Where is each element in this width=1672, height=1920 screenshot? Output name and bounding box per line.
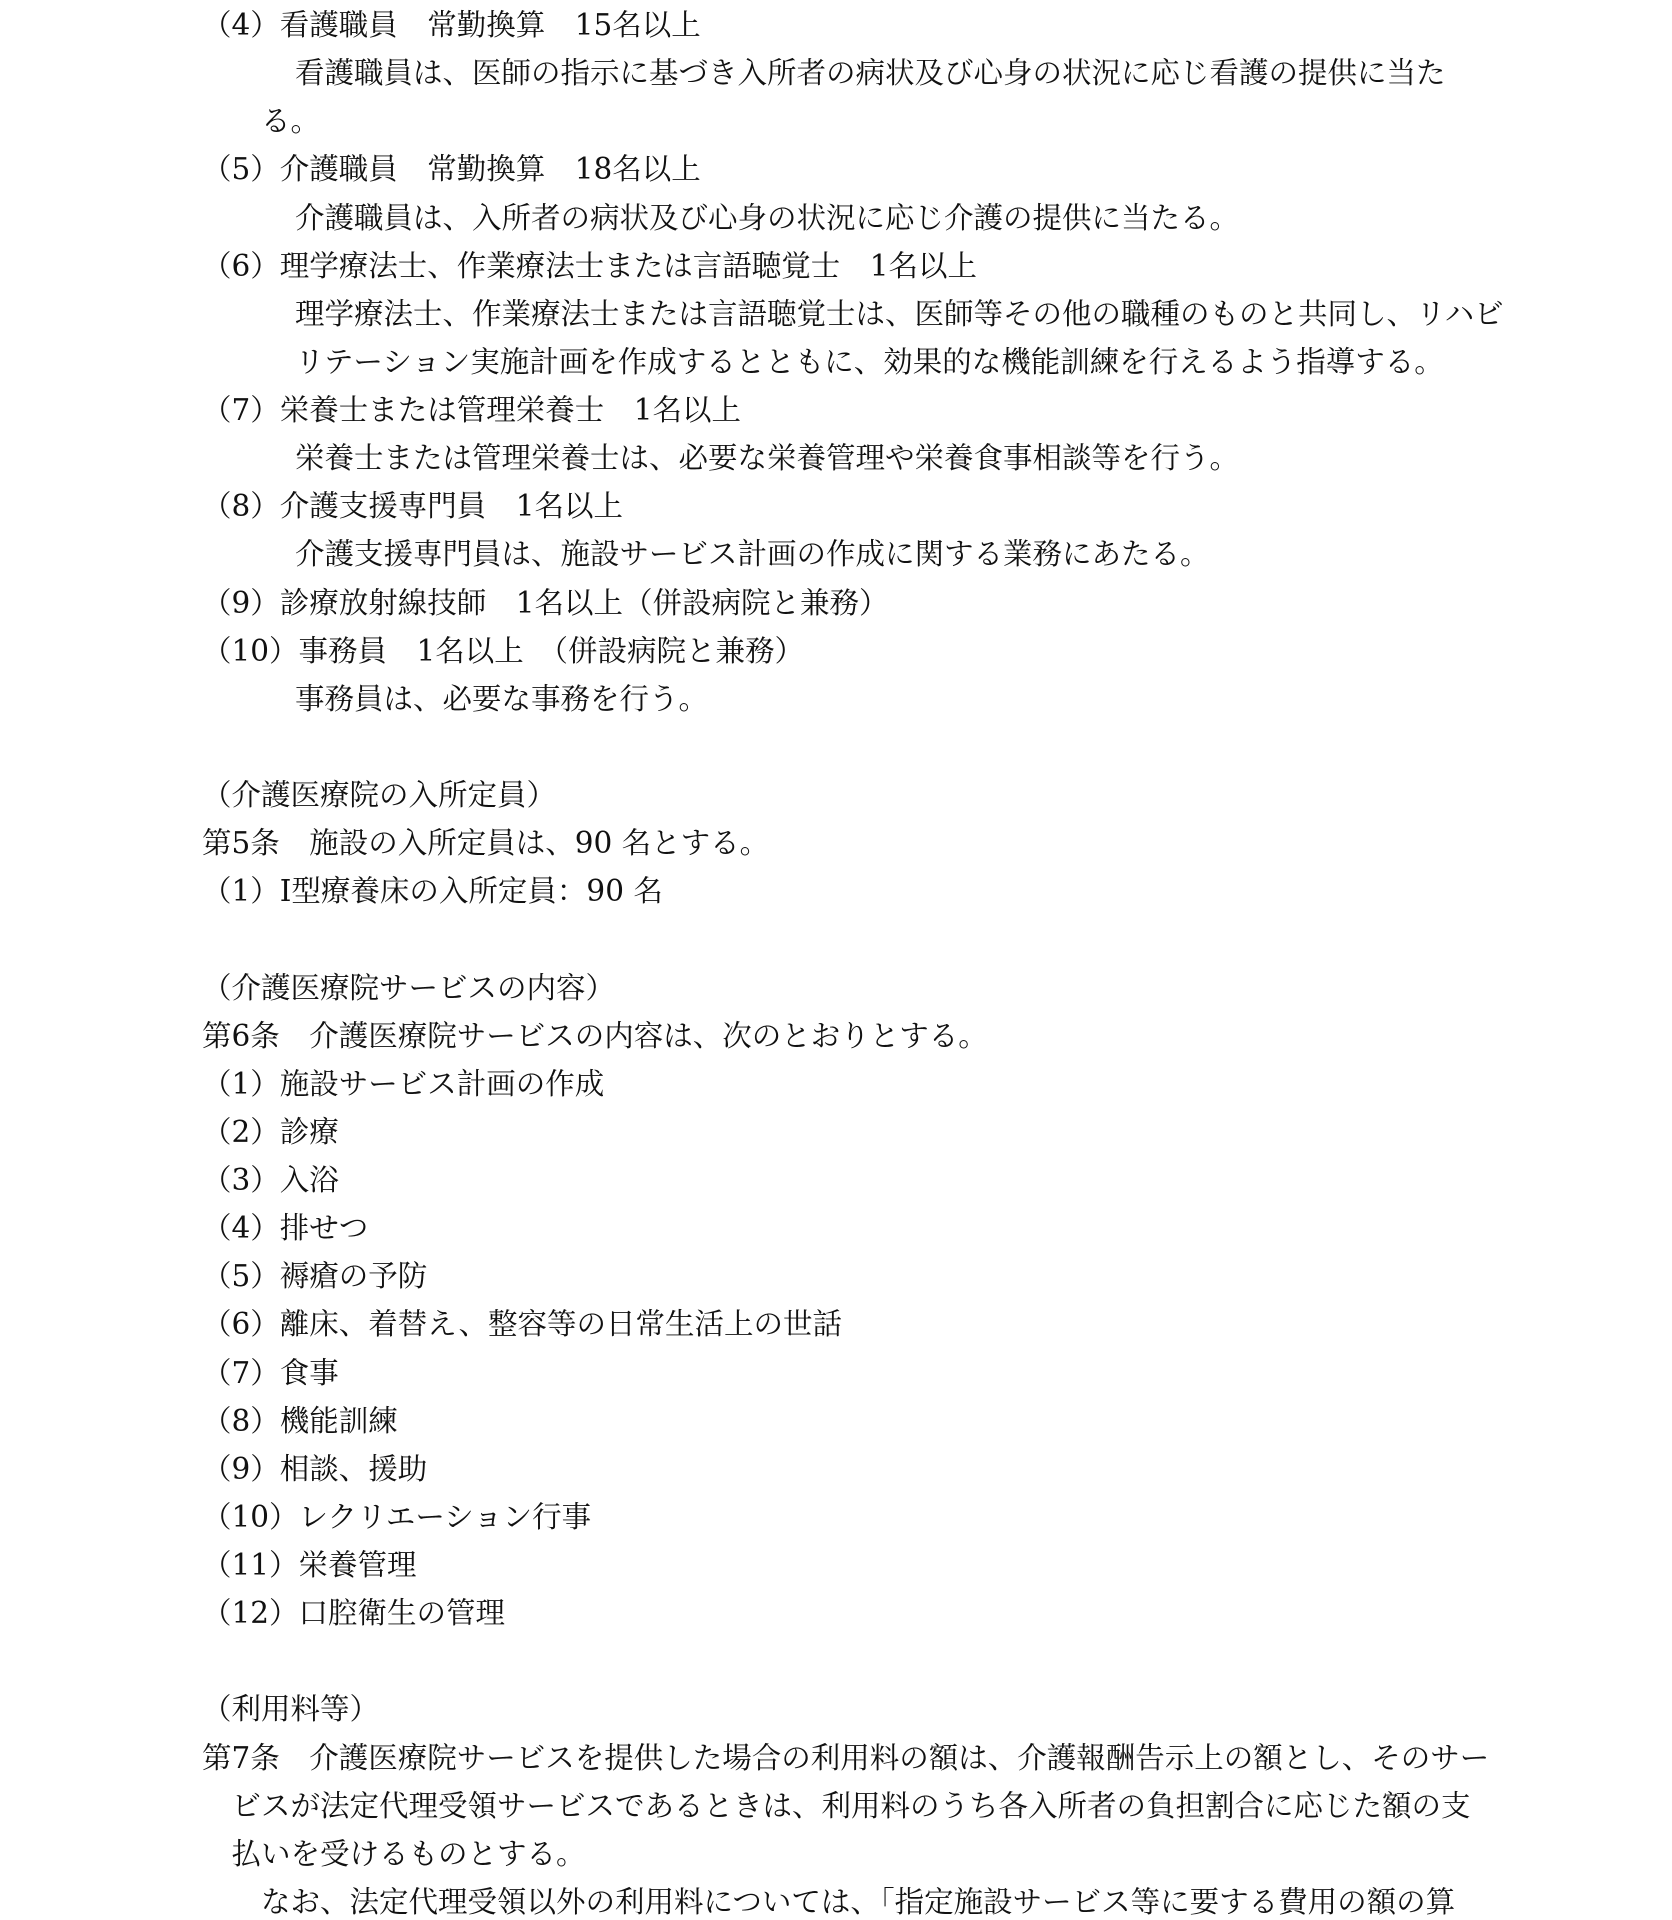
staff-item-description: 介護支援専門員は、施設サービス計画の作成に関する業務にあたる。 — [202, 530, 1452, 578]
staff-item-description: 看護職員は、医師の指示に基づき入所者の病状及び心身の状況に応じ看護の提供に当た — [202, 49, 1452, 97]
blank-line — [202, 723, 1452, 771]
staff-item-heading: （7）栄養士または管理栄養士 1名以上 — [202, 386, 1452, 434]
staff-item-heading: （9）診療放射線技師 1名以上（併設病院と兼務） — [202, 579, 1452, 627]
staff-item-description: リテーション実施計画を作成するとともに、効果的な機能訓練を行えるよう指導する。 — [202, 338, 1452, 386]
service-list-item: （1）施設サービス計画の作成 — [202, 1060, 1452, 1108]
service-list-item: （2）診療 — [202, 1108, 1452, 1156]
article-caption: （介護医療院の入所定員） — [202, 771, 1452, 819]
article-6: （介護医療院サービスの内容） 第6条 介護医療院サービスの内容は、次のとおりとす… — [202, 964, 1452, 1638]
staff-item-heading: （10）事務員 1名以上 （併設病院と兼務） — [202, 627, 1452, 675]
blank-line — [202, 1637, 1452, 1685]
article-text-continuation: 払いを受けるものとする。 — [202, 1830, 1452, 1878]
article-7: （利用料等） 第7条 介護医療院サービスを提供した場合の利用料の額は、介護報酬告… — [202, 1685, 1452, 1920]
service-list-item: （9）相談、援助 — [202, 1445, 1452, 1493]
staff-item-description: 事務員は、必要な事務を行う。 — [202, 675, 1452, 723]
staff-item-heading: （5）介護職員 常勤換算 18名以上 — [202, 145, 1452, 193]
service-list-item: （10）レクリエーション行事 — [202, 1493, 1452, 1541]
staff-item-heading: （4）看護職員 常勤換算 15名以上 — [202, 1, 1452, 49]
article-caption: （介護医療院サービスの内容） — [202, 964, 1452, 1012]
staff-item-heading: （8）介護支援専門員 1名以上 — [202, 482, 1452, 530]
staff-item-description: る。 — [202, 97, 1452, 145]
article-caption: （利用料等） — [202, 1685, 1452, 1733]
service-list-item: （4）排せつ — [202, 1204, 1452, 1252]
article-list-item: （1）Ⅰ型療養床の入所定員：90 名 — [202, 867, 1452, 915]
service-list-item: （8）機能訓練 — [202, 1397, 1452, 1445]
document-page: （4）看護職員 常勤換算 15名以上 看護職員は、医師の指示に基づき入所者の病状… — [202, 1, 1452, 1920]
service-list-item: （3）入浴 — [202, 1156, 1452, 1204]
article-text-continuation: ビスが法定代理受領サービスであるときは、利用料のうち各入所者の負担割合に応じた額… — [202, 1782, 1452, 1830]
article-text: 第7条 介護医療院サービスを提供した場合の利用料の額は、介護報酬告示上の額とし、… — [202, 1734, 1452, 1782]
staff-item-description: 栄養士または管理栄養士は、必要な栄養管理や栄養食事相談等を行う。 — [202, 434, 1452, 482]
article-5: （介護医療院の入所定員） 第5条 施設の入所定員は、90 名とする。 （1）Ⅰ型… — [202, 771, 1452, 915]
article-note: なお、法定代理受領以外の利用料については、「指定施設サービス等に要する費用の額の… — [202, 1878, 1452, 1920]
service-list-item: （5）褥瘡の予防 — [202, 1252, 1452, 1300]
blank-line — [202, 915, 1452, 963]
staff-section: （4）看護職員 常勤換算 15名以上 看護職員は、医師の指示に基づき入所者の病状… — [202, 1, 1452, 723]
service-list-item: （11）栄養管理 — [202, 1541, 1452, 1589]
article-text: 第6条 介護医療院サービスの内容は、次のとおりとする。 — [202, 1012, 1452, 1060]
service-list-item: （6）離床、着替え、整容等の日常生活上の世話 — [202, 1300, 1452, 1348]
staff-item-heading: （6）理学療法士、作業療法士または言語聴覚士 1名以上 — [202, 242, 1452, 290]
staff-item-description: 介護職員は、入所者の病状及び心身の状況に応じ介護の提供に当たる。 — [202, 194, 1452, 242]
service-list-item: （12）口腔衛生の管理 — [202, 1589, 1452, 1637]
article-text: 第5条 施設の入所定員は、90 名とする。 — [202, 819, 1452, 867]
service-list-item: （7）食事 — [202, 1349, 1452, 1397]
staff-item-description: 理学療法士、作業療法士または言語聴覚士は、医師等その他の職種のものと共同し、リハ… — [202, 290, 1452, 338]
